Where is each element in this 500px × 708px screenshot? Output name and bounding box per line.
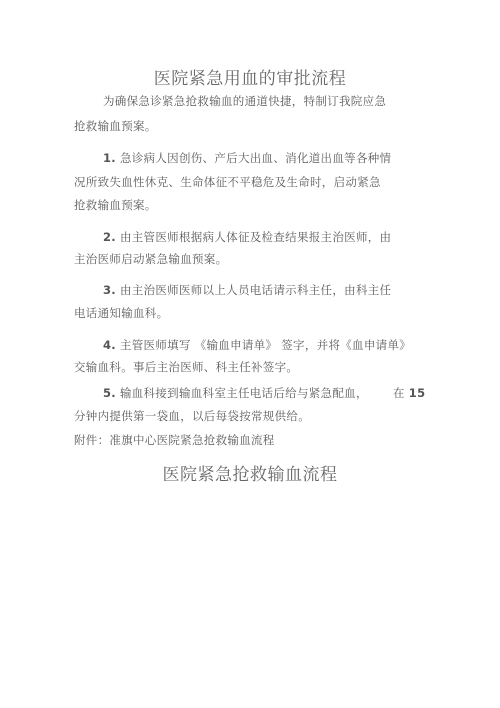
item-5-number: 5. <box>103 386 116 400</box>
item-5-tail: 在 15 <box>393 385 425 401</box>
item-5-line-2: 分钟内提供第一袋血，以后每袋按常规供给。 <box>74 408 310 424</box>
document-subtitle: 医院紧急抢救输血流程 <box>0 460 500 485</box>
document-page: 医院紧急用血的审批流程 为确保急诊紧急抢救输血的通道快捷，特制订我院应急 抢救输… <box>0 0 500 708</box>
item-4-line-1: 4. 主管医师填写 《输血申请单》 签字，并将《血申请单》 <box>103 337 411 353</box>
item-2-line-2: 主治医师启动紧急输血预案。 <box>74 251 227 267</box>
item-4-number: 4. <box>103 338 116 352</box>
item-3-number: 3. <box>103 283 116 297</box>
item-5-line-1: 5. 输血科接到输血科室主任电话后给与紧急配血， <box>103 385 368 401</box>
item-1-line-1: 1. 急诊病人因创伤、产后大出血、消化道出血等各种情 <box>103 150 391 166</box>
item-1-number: 1. <box>103 151 116 165</box>
item-3-line-2: 电话通知输血科。 <box>74 305 168 321</box>
item-1-line-2: 况所致失血性休克、生命体征不平稳危及生命时，启动紧急 <box>74 174 381 190</box>
intro-line-1: 为确保急诊紧急抢救输血的通道快捷，特制订我院应急 <box>103 93 386 109</box>
item-1-line-3: 抢救输血预案。 <box>74 197 157 213</box>
intro-line-2: 抢救输血预案。 <box>74 118 157 134</box>
item-2-number: 2. <box>103 230 116 244</box>
item-4-line-2: 交输血科。事后主治医师、科主任补签字。 <box>74 359 298 375</box>
item-3-line-1: 3. 由主治医师医师以上人员电话请示科主任，由科主任 <box>103 282 391 298</box>
document-title: 医院紧急用血的审批流程 <box>0 64 500 89</box>
attachment-note: 附件：准旗中心医院紧急抢救输血流程 <box>74 432 275 448</box>
item-2-line-1: 2. 由主管医师根据病人体征及检查结果报主治医师，由 <box>103 229 391 245</box>
